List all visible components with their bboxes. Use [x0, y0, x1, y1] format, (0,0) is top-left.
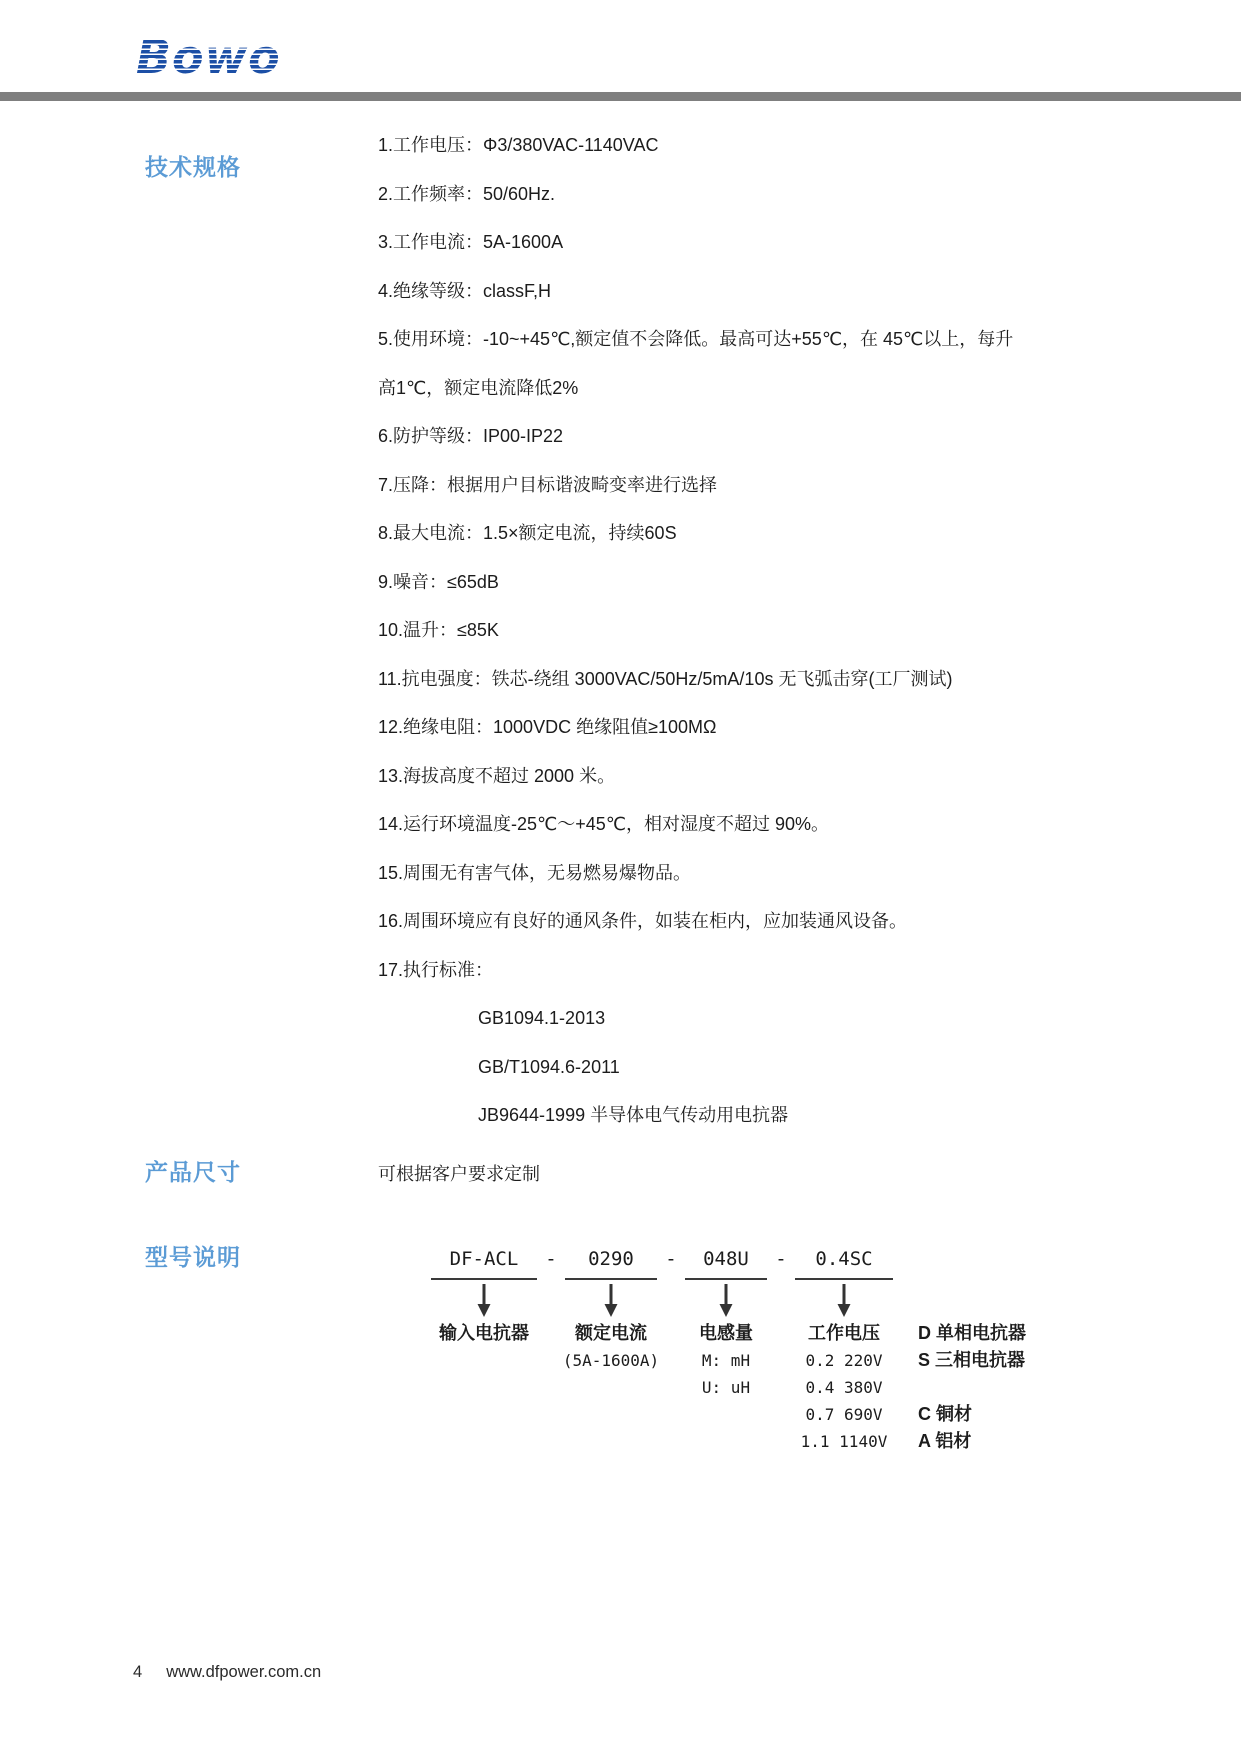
document-page: Bowo 技术规格 1.工作电压：Φ3/380VAC-1140VAC 2.工作频…: [0, 0, 1241, 1754]
model-segment-value: 0.7 690V: [805, 1401, 882, 1428]
page-footer: 4 www.dfpower.com.cn: [133, 1663, 321, 1682]
model-segment-value: 0.2 220V: [805, 1347, 882, 1374]
spec-item: 15.周围无有害气体，无易燃易爆物品。: [378, 849, 1028, 898]
model-segment-value: U: uH: [702, 1374, 750, 1401]
model-code-diagram: DF-ACL 输入电抗器 - 0290 额定电流 (5A-1600A): [428, 1246, 1088, 1455]
model-segment-inductance: 048U 电感量 M: mH U: uH: [682, 1246, 770, 1401]
spec-item: 4.绝缘等级：classF,H: [378, 267, 1028, 316]
page-body: 技术规格 1.工作电压：Φ3/380VAC-1140VAC 2.工作频率：50/…: [0, 101, 1241, 1455]
section-model-designation: 型号说明 DF-ACL 输入电抗器 - 0290: [0, 1239, 1241, 1455]
spec-item: 14.运行环境温度-25℃～+45℃，相对湿度不超过 90%。: [378, 800, 1028, 849]
spec-item: 6.防护等级：IP00-IP22: [378, 412, 1028, 461]
model-segment-current: 0290 额定电流 (5A-1600A): [562, 1246, 660, 1374]
model-segment-value: (5A-1600A): [563, 1347, 659, 1374]
model-segment-series: DF-ACL 输入电抗器: [428, 1246, 540, 1347]
model-segment-value: M: mH: [702, 1347, 750, 1374]
model-code-segment: 048U: [685, 1246, 768, 1280]
legend-entry: D 单相电抗器: [918, 1320, 1026, 1347]
down-arrow-icon: [477, 1280, 491, 1320]
company-logo: Bowo: [136, 30, 281, 84]
spec-item: 5.使用环境：-10~+45℃,额定值不会降低。最高可达+55℃，在 45℃以上…: [378, 315, 1028, 412]
standard-item: JB9644-1999 半导体电气传动用电抗器: [478, 1091, 1028, 1140]
legend-entry: A 铝材: [918, 1428, 971, 1455]
model-phase-material-legend: D 单相电抗器 S 三相电抗器 C 铜材 A 铝材: [918, 1246, 1088, 1455]
down-arrow-icon: [604, 1280, 618, 1320]
spec-item: 16.周围环境应有良好的通风条件，如装在柜内，应加装通风设备。: [378, 897, 1028, 946]
down-arrow-icon: [719, 1280, 733, 1320]
model-code-dash: -: [540, 1246, 562, 1272]
down-arrow-icon: [837, 1280, 851, 1320]
section-heading-model: 型号说明: [0, 1239, 378, 1272]
spec-item: 3.工作电流：5A-1600A: [378, 218, 1028, 267]
model-segment-label: 工作电压: [808, 1320, 880, 1347]
page-header: Bowo: [0, 0, 1241, 92]
header-divider-bar: [0, 92, 1241, 101]
section-product-size: 产品尺寸 可根据客户要求定制: [0, 1154, 1241, 1189]
website-url: www.dfpower.com.cn: [166, 1663, 321, 1682]
spec-item: 12.绝缘电阻：1000VDC 绝缘阻值≥100MΩ: [378, 703, 1028, 752]
model-diagram-wrap: DF-ACL 输入电抗器 - 0290 额定电流 (5A-1600A): [378, 1246, 1088, 1455]
model-segment-value: 1.1 1140V: [801, 1428, 888, 1455]
spec-item: 1.工作电压：Φ3/380VAC-1140VAC: [378, 121, 1028, 170]
model-code-segment: DF-ACL: [431, 1246, 536, 1280]
spec-item: 10.温升：≤85K: [378, 606, 1028, 655]
standard-item: GB/T1094.6-2011: [478, 1043, 1028, 1092]
legend-entry: S 三相电抗器: [918, 1347, 1025, 1374]
model-code-dash: -: [660, 1246, 682, 1272]
model-code-dash: -: [770, 1246, 792, 1272]
legend-entry: C 铜材: [918, 1401, 972, 1428]
spec-item: 9.噪音：≤65dB: [378, 558, 1028, 607]
page-number: 4: [133, 1663, 142, 1682]
model-segment-label: 额定电流: [575, 1320, 647, 1347]
product-size-text: 可根据客户要求定制: [378, 1159, 1028, 1189]
model-segment-voltage: 0.4SC 工作电压 0.2 220V 0.4 380V 0.7 690V 1.…: [792, 1246, 896, 1455]
section-heading-product-size: 产品尺寸: [0, 1154, 378, 1187]
model-segment-label: 输入电抗器: [439, 1320, 529, 1347]
model-code-segment: 0.4SC: [795, 1246, 893, 1280]
spec-item: 17.执行标准：: [378, 946, 1028, 995]
tech-specs-list: 1.工作电压：Φ3/380VAC-1140VAC 2.工作频率：50/60Hz.…: [378, 121, 1028, 1140]
spec-item: 7.压降：根据用户目标谐波畸变率进行选择: [378, 461, 1028, 510]
spec-item: 13.海拔高度不超过 2000 米。: [378, 752, 1028, 801]
spec-item: 8.最大电流：1.5×额定电流，持续60S: [378, 509, 1028, 558]
section-heading-tech-specs: 技术规格: [0, 121, 378, 182]
section-tech-specs: 技术规格 1.工作电压：Φ3/380VAC-1140VAC 2.工作频率：50/…: [0, 121, 1241, 1140]
model-code-segment: 0290: [565, 1246, 657, 1280]
spec-item: 11.抗电强度：铁芯-绕组 3000VAC/50Hz/5mA/10s 无飞弧击穿…: [378, 655, 1028, 704]
model-segment-label: 电感量: [699, 1320, 753, 1347]
spec-item: 2.工作频率：50/60Hz.: [378, 170, 1028, 219]
standard-item: GB1094.1-2013: [478, 994, 1028, 1043]
model-segment-value: 0.4 380V: [805, 1374, 882, 1401]
